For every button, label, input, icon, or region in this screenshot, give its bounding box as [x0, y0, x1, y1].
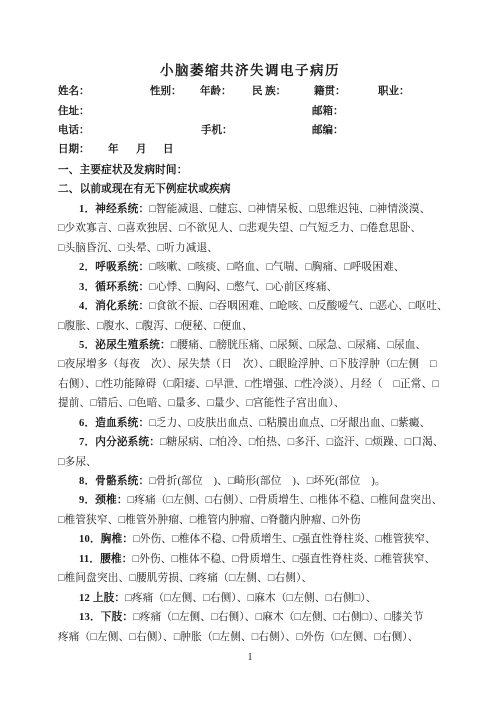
page-number: 1 — [0, 652, 500, 664]
checkbox-items-text: □夜尿增多（每夜 次）、尿失禁（日 次）、□眼睑浮肿、□下肢浮肿（□左侧 □ — [58, 359, 437, 370]
form-line: □腹胀、□腹水、□腹泻、□便秘、□便血、 — [58, 317, 442, 336]
checkbox-items-text: □疼痛（□左侧、□右侧）、□麻木（□左侧、□右侧□）、 — [125, 593, 376, 604]
section-label: 2．呼吸系统： — [79, 262, 149, 273]
form-line: 12 上肢：□疼痛（□左侧、□右侧）、□麻木（□左侧、□右侧□）、 — [58, 589, 442, 608]
checkbox-items-text: □头脑昏沉、□头晕、□听力减退、 — [58, 243, 218, 254]
checkbox-items-text: □多尿、 — [58, 457, 97, 468]
form-line: 8．骨骼系统：□骨折(部位 )、□畸形(部位 )、□坏死(部位 )。 — [58, 472, 442, 491]
checkbox-items-text: □心悸、□胸闷、□憋气、□心前区疼痛、 — [149, 282, 337, 293]
field-occupation-label: 职业： — [378, 85, 410, 99]
form-body: 一、主要症状及发病时间：二、以前或现在有无下例症状或疾病1．神经系统：□智能减退… — [58, 161, 442, 647]
form-line: 13．下肢：□疼痛（□左侧、□右侧）、□麻木（□左侧、□右侧□）、□膝关节 — [58, 608, 442, 627]
field-name-label: 姓名： — [58, 85, 90, 99]
checkbox-items-text: □骨折(部位 )、□畸形(部位 )、□坏死(部位 )。 — [149, 476, 385, 487]
section-label: 13．下肢： — [79, 612, 133, 623]
checkbox-items-text: □糖尿病、□怕冷、□怕热、□多汗、□盗汗、□烦躁、□口渴、 — [160, 437, 444, 448]
field-ethnicity-label: 民 族： — [252, 85, 286, 99]
checkbox-items-text: □椎管狭窄、□椎管外肿瘤、□椎管内肿瘤、□脊髓内肿瘤、□外伤 — [58, 515, 361, 526]
section-label: 10．胸椎： — [79, 534, 133, 545]
form-line: 右侧）、□性功能障碍（□阳痿、□早泄、□性增强、□性冷淡）、月经（ □正常、□ — [58, 375, 442, 394]
checkbox-items-text: 提前、□错后、□色暗、□量多、□量少、□宫能性子宫出血）、 — [58, 398, 345, 409]
field-date-label: 日期： — [58, 143, 90, 157]
form-line: 7．内分泌系统：□糖尿病、□怕冷、□怕热、□多汗、□盗汗、□烦躁、□口渴、 — [58, 433, 442, 452]
form-line: 11．腰椎：□外伤、□椎体不稳、□骨质增生、□强直性脊柱炎、□椎管狭窄、 — [58, 550, 442, 569]
form-line: □头脑昏沉、□头晕、□听力减退、 — [58, 239, 442, 258]
field-phone-label: 电话： — [58, 124, 90, 138]
field-age-label: 年龄： — [200, 85, 232, 99]
field-month-label: 月 — [136, 143, 147, 157]
field-mobile-label: 手机： — [201, 124, 233, 138]
checkbox-items-text: □少欢寡言、□喜欢独居、□不欲见人、□悲观失望、□气短乏力、□倦怠思卧、 — [58, 223, 421, 234]
document-title: 小脑萎缩共济失调电子病历 — [0, 59, 500, 79]
form-line: □少欢寡言、□喜欢独居、□不欲见人、□悲观失望、□气短乏力、□倦怠思卧、 — [58, 219, 442, 238]
document-page: 小脑萎缩共济失调电子病历 姓名： 性别： 年龄： 民 族： 籍贯： 职业： 住址… — [0, 0, 500, 707]
checkbox-items-text: 右侧）、□性功能障碍（□阳痿、□早泄、□性增强、□性冷淡）、月经（ □正常、□ — [58, 379, 439, 390]
checkbox-items-text: □乏力、□皮肤出血点、□粘膜出血点、□牙龈出血、□紫癜、 — [149, 418, 430, 429]
section-label: 9．颈椎： — [79, 495, 128, 506]
form-line: 4．消化系统：□食欲不振、□吞咽困难、□呛咳、□反酸嗳气、□恶心、□呕吐、 — [58, 297, 442, 316]
section-label: 一、主要症状及发病时间： — [58, 165, 188, 176]
section-label: 1．神经系统： — [79, 204, 149, 215]
section-label: 11．腰椎： — [79, 554, 133, 565]
form-line: 3．循环系统：□心悸、□胸闷、□憋气、□心前区疼痛、 — [58, 278, 442, 297]
form-line: 疼痛（□左侧、□右侧）、□肿胀（□左侧、□右侧）、□外伤（□左侧、□右侧）、 — [58, 628, 442, 647]
section-label: 6．造血系统： — [79, 418, 149, 429]
form-line: 提前、□错后、□色暗、□量多、□量少、□宫能性子宫出血）、 — [58, 394, 442, 413]
checkbox-items-text: □腰痛、□膀胱压痛、□尿频、□尿急、□尿痛、□尿血、 — [171, 340, 426, 351]
section-label: 二、以前或现在有无下例症状或疾病 — [58, 184, 231, 195]
checkbox-items-text: □椎间盘突出、□腰肌劳损、□疼痛（□左侧、□右侧）、 — [58, 573, 312, 584]
form-line: 10．胸椎：□外伤、□椎体不稳、□骨质增生、□强直性脊柱炎、□椎管狭窄、 — [58, 530, 442, 549]
form-line: 5．泌尿生殖系统：□腰痛、□膀胱压痛、□尿频、□尿急、□尿痛、□尿血、 — [58, 336, 442, 355]
form-line: □椎间盘突出、□腰肌劳损、□疼痛（□左侧、□右侧）、 — [58, 569, 442, 588]
form-line: □椎管狭窄、□椎管外肿瘤、□椎管内肿瘤、□脊髓内肿瘤、□外伤 — [58, 511, 442, 530]
checkbox-items-text: □疼痛（□左侧、□右侧）、□骨质增生、□椎体不稳、□椎间盘突出、 — [128, 495, 443, 506]
checkbox-items-text: □疼痛（□左侧、□右侧）、□麻木（□左侧、□右侧□）、□膝关节 — [133, 612, 423, 623]
section-label: 12 上肢： — [79, 593, 125, 604]
field-gender-label: 性别： — [150, 85, 182, 99]
form-line: 2．呼吸系统：□咳嗽、□咳痰、□咯血、□气喘、□胸痛、□呼吸困难、 — [58, 258, 442, 277]
form-line: □多尿、 — [58, 453, 442, 472]
field-year-label: 年 — [108, 143, 119, 157]
field-postcode-label: 邮编： — [312, 124, 344, 138]
checkbox-items-text: □腹胀、□腹水、□腹泻、□便秘、□便血、 — [58, 321, 253, 332]
form-line: 1．神经系统：□智能减退、□健忘、□神情呆板、□思维迟钝、□神情淡漠、 — [58, 200, 442, 219]
checkbox-items-text: □外伤、□椎体不稳、□骨质增生、□强直性脊柱炎、□椎管狭窄、 — [133, 554, 436, 565]
section-label: 5．泌尿生殖系统： — [79, 340, 171, 351]
section-label: 7．内分泌系统： — [79, 437, 160, 448]
form-line: 二、以前或现在有无下例症状或疾病 — [58, 180, 442, 199]
checkbox-items-text: □咳嗽、□咳痰、□咯血、□气喘、□胸痛、□呼吸困难、 — [149, 262, 404, 273]
form-line: 6．造血系统：□乏力、□皮肤出血点、□粘膜出血点、□牙龈出血、□紫癜、 — [58, 414, 442, 433]
form-line: 9．颈椎：□疼痛（□左侧、□右侧）、□骨质增生、□椎体不稳、□椎间盘突出、 — [58, 491, 442, 510]
field-address-label: 住址： — [58, 105, 90, 119]
field-native-place-label: 籍贯： — [314, 85, 346, 99]
form-line: □夜尿增多（每夜 次）、尿失禁（日 次）、□眼睑浮肿、□下肢浮肿（□左侧 □ — [58, 355, 442, 374]
form-line: 一、主要症状及发病时间： — [58, 161, 442, 180]
field-day-label: 日 — [163, 143, 174, 157]
section-label: 3．循环系统： — [79, 282, 149, 293]
checkbox-items-text: □外伤、□椎体不稳、□骨质增生、□强直性脊柱炎、□椎管狭窄、 — [133, 534, 436, 545]
field-email-label: 邮箱： — [312, 105, 344, 119]
checkbox-items-text: □智能减退、□健忘、□神情呆板、□思维迟钝、□神情淡漠、 — [149, 204, 430, 215]
section-label: 8．骨骼系统： — [79, 476, 149, 487]
checkbox-items-text: □食欲不振、□吞咽困难、□呛咳、□反酸嗳气、□恶心、□呕吐、 — [149, 301, 448, 312]
checkbox-items-text: 疼痛（□左侧、□右侧）、□肿胀（□左侧、□右侧）、□外伤（□左侧、□右侧）、 — [58, 632, 419, 643]
section-label: 4．消化系统： — [79, 301, 149, 312]
